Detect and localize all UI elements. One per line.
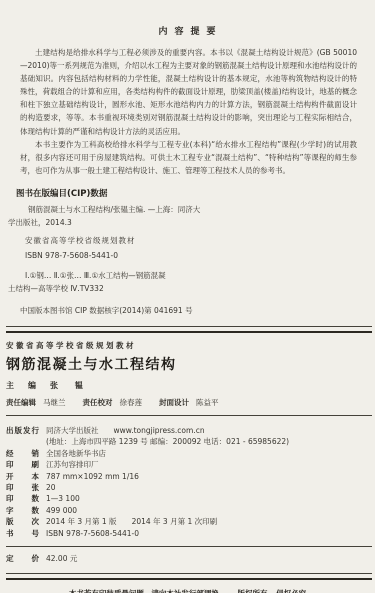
printer-row: 印刷 江苏句容排印厂 <box>6 459 367 470</box>
quality-notice: 本书若有印装质量问题，请向本社发行部调换 <box>69 589 219 593</box>
thin-rule-divider-1 <box>6 415 372 416</box>
format-value: 787 mm×1092 mm 1/16 <box>46 471 139 482</box>
printer-label: 印刷 <box>6 459 39 470</box>
publisher-address: (地址：上海市四平路 1239 号 邮编：200092 电话：021 - 659… <box>46 436 289 447</box>
cip-classification-line-1: Ⅰ.①钢… Ⅱ.①张… Ⅲ.①水工结构—钢筋混凝 <box>25 269 357 282</box>
book-copyright-page: 内容提要 土建结构是给排水科学与工程必须涉及的重要内容。本书以《混凝土结构设计规… <box>0 0 375 593</box>
cip-title-author-line: 钢筋混凝土与水工程结构/张韫主编. —上海：同济大 <box>28 203 357 216</box>
summary-paragraph-1: 土建结构是给排水科学与工程必须涉及的重要内容。本书以《混凝土结构设计规范》(GB… <box>20 46 357 138</box>
sheets-label: 印张 <box>6 482 39 493</box>
price-label: 定价 <box>6 553 39 564</box>
empty-label <box>6 436 39 447</box>
edition-row: 版次 2014 年 3 月第 1 版 2014 年 3 月第 1 次印刷 <box>6 516 367 527</box>
copyright-notice: 版权所有 侵权必究 <box>238 589 307 593</box>
publisher-row: 出版发行 同济大学出版社 www.tongjipress.com.cn <box>6 425 367 436</box>
print-run-row: 印数 1—3 100 <box>6 493 367 504</box>
thin-rule-divider-2 <box>6 546 372 547</box>
format-row: 开本 787 mm×1092 mm 1/16 <box>6 471 367 482</box>
cip-publisher-line: 学出版社，2014.3 <box>8 216 357 229</box>
staff-pair: 封面设计 陈益平 <box>159 397 219 408</box>
distribution-label: 经销 <box>6 448 39 459</box>
cip-heading: 图书在版编目(CIP)数据 <box>16 188 357 201</box>
cip-isbn-line: ISBN 978-7-5608-5441-0 <box>25 249 357 262</box>
print-run-value: 1—3 100 <box>46 493 80 504</box>
printing-value: 2014 年 3 月第 1 次印刷 <box>132 516 218 527</box>
series-title: 安徽省高等学校省级规划教材 <box>6 340 365 351</box>
distribution-value: 全国各地新华书店 <box>46 448 106 459</box>
isbn-label: 书号 <box>6 528 39 539</box>
responsible-editor-label: 责任编辑 <box>6 397 36 408</box>
double-rule-divider-bottom <box>6 573 372 580</box>
chief-editor-label: 主编 <box>6 380 36 391</box>
isbn-value: ISBN 978-7-5608-5441-0 <box>46 528 139 539</box>
staff-pair: 责任校对 徐春莲 <box>83 397 143 408</box>
double-rule-divider-top <box>6 326 372 333</box>
cover-designer-label: 封面设计 <box>159 397 189 408</box>
cip-data-section: 图书在版编目(CIP)数据 钢筋混凝土与水工程结构/张韫主编. —上海：同济大 … <box>16 188 357 317</box>
word-count-row: 字数 499 000 <box>6 505 367 516</box>
cip-series-line: 安徽省高等学校省级规划教材 <box>25 234 357 247</box>
publisher-address-row: (地址：上海市四平路 1239 号 邮编：200092 电话：021 - 659… <box>6 436 367 447</box>
footer-notice: 本书若有印装质量问题，请向本社发行部调换 版权所有 侵权必究 <box>0 588 375 593</box>
price-row: 定价 42.00 元 <box>6 553 367 564</box>
word-count-value: 499 000 <box>46 505 77 516</box>
price-section: 定价 42.00 元 <box>6 553 367 564</box>
cover-designer-name: 陈益平 <box>196 397 219 408</box>
summary-paragraph-2: 本书主要作为工科高校给排水科学与工程专业(本科)“给水排水工程结构”课程(少学时… <box>20 138 357 177</box>
chief-editor-row: 主编 张 韫 <box>6 380 365 391</box>
sheets-row: 印张 20 <box>6 482 367 493</box>
edition-value: 2014 年 3 月第 1 版 <box>46 516 117 527</box>
chief-editor-name: 张 韫 <box>50 380 90 391</box>
proofreader-name: 徐春莲 <box>120 397 143 408</box>
summary-title: 内容提要 <box>24 24 357 37</box>
price-value: 42.00 元 <box>46 553 77 564</box>
sheets-value: 20 <box>46 482 56 493</box>
distribution-row: 经销 全国各地新华书店 <box>6 448 367 459</box>
print-run-label: 印数 <box>6 493 39 504</box>
format-label: 开本 <box>6 471 39 482</box>
responsible-editor-name: 马继兰 <box>43 397 66 408</box>
book-title: 钢筋混凝土与水工程结构 <box>6 354 365 374</box>
publisher-url: www.tongjipress.com.cn <box>114 425 205 436</box>
isbn-row: 书号 ISBN 978-7-5608-5441-0 <box>6 528 367 539</box>
cip-verification-number: 中国版本图书馆 CIP 数据核字(2014)第 041691 号 <box>20 304 357 317</box>
printer-value: 江苏句容排印厂 <box>46 459 99 470</box>
publisher-label: 出版发行 <box>6 425 39 436</box>
publisher-name: 同济大学出版社 <box>46 425 99 436</box>
staff-row: 责任编辑 马继兰 责任校对 徐春莲 封面设计 陈益平 <box>6 397 365 408</box>
edition-label: 版次 <box>6 516 39 527</box>
title-block: 安徽省高等学校省级规划教材 钢筋混凝土与水工程结构 主编 张 韫 责任编辑 马继… <box>6 340 365 408</box>
publication-details: 出版发行 同济大学出版社 www.tongjipress.com.cn (地址：… <box>6 425 367 539</box>
content-summary-section: 内容提要 土建结构是给排水科学与工程必须涉及的重要内容。本书以《混凝土结构设计规… <box>0 0 375 177</box>
word-count-label: 字数 <box>6 505 39 516</box>
cip-classification-line-2: 土结构—高等学校 Ⅳ.TV332 <box>8 282 357 295</box>
proofreader-label: 责任校对 <box>83 397 113 408</box>
staff-pair: 责任编辑 马继兰 <box>6 397 66 408</box>
